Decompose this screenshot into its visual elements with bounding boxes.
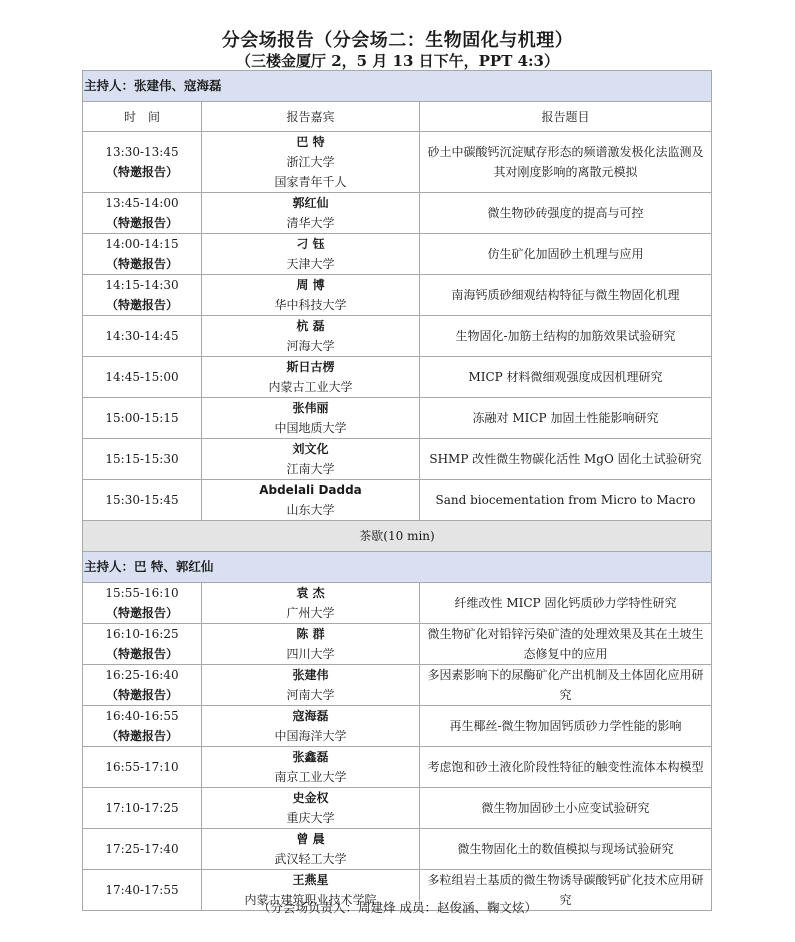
speaker-affiliation: 山东大学 [204, 500, 417, 520]
host-label: 主持人：张建伟、寇海磊 [83, 71, 712, 102]
speaker-name: 杭 磊 [204, 316, 417, 336]
speaker-name: 寇海磊 [204, 706, 417, 726]
table-row: 13:45-14:00（特邀报告）郭红仙清华大学微生物砂砖强度的提高与可控 [83, 193, 712, 234]
talk-title-cell: 再生椰丝-微生物加固钙质砂力学性能的影响 [420, 706, 712, 747]
table-row: 16:40-16:55（特邀报告）寇海磊中国海洋大学再生椰丝-微生物加固钙质砂力… [83, 706, 712, 747]
time-cell: 16:40-16:55（特邀报告） [83, 706, 202, 747]
time-cell: 14:45-15:00 [83, 357, 202, 398]
time-cell: 16:55-17:10 [83, 747, 202, 788]
talk-title-cell: 纤维改性 MICP 固化钙质砂力学特性研究 [420, 583, 712, 624]
speaker-cell: 周 博华中科技大学 [202, 275, 420, 316]
invited-tag: （特邀报告） [85, 162, 199, 182]
time-slot: 15:30-15:45 [85, 490, 199, 510]
speaker-cell: 杭 磊河海大学 [202, 316, 420, 357]
time-cell: 13:45-14:00（特邀报告） [83, 193, 202, 234]
time-cell: 15:15-15:30 [83, 439, 202, 480]
time-cell: 14:30-14:45 [83, 316, 202, 357]
talk-title: MICP 材料微细观强度成因机理研究 [422, 367, 709, 387]
time-slot: 16:25-16:40 [85, 665, 199, 685]
time-cell: 15:00-15:15 [83, 398, 202, 439]
speaker-name: 王燕星 [204, 870, 417, 890]
talk-title: 多因素影响下的尿酶矿化产出机制及土体固化应用研究 [422, 665, 709, 705]
speaker-affiliation: 内蒙古工业大学 [204, 377, 417, 397]
time-slot: 15:55-16:10 [85, 583, 199, 603]
invited-tag: （特邀报告） [85, 603, 199, 623]
speaker-affiliation: 中国地质大学 [204, 418, 417, 438]
talk-title: 考虑饱和砂土液化阶段性特征的触变性流体本构模型 [422, 757, 709, 777]
speaker-name: 史金权 [204, 788, 417, 808]
talk-title-cell: 考虑饱和砂土液化阶段性特征的触变性流体本构模型 [420, 747, 712, 788]
time-slot: 16:40-16:55 [85, 706, 199, 726]
speaker-name: 巴 特 [204, 132, 417, 152]
speaker-name: 张伟丽 [204, 398, 417, 418]
time-slot: 15:00-15:15 [85, 408, 199, 428]
speaker-honor: 国家青年千人 [204, 172, 417, 192]
time-cell: 16:10-16:25（特邀报告） [83, 624, 202, 665]
time-slot: 16:10-16:25 [85, 624, 199, 644]
speaker-cell: 寇海磊中国海洋大学 [202, 706, 420, 747]
break-row: 茶歇(10 min) [83, 521, 712, 552]
speaker-affiliation: 天津大学 [204, 254, 417, 274]
table-row: 14:00-14:15（特邀报告）刁 钰天津大学仿生矿化加固砂土机理与应用 [83, 234, 712, 275]
time-slot: 15:15-15:30 [85, 449, 199, 469]
page-subtitle: （三楼金厦厅 2，5 月 13 日下午，PPT 4:3） [0, 50, 795, 71]
table-row: 15:15-15:30刘文化江南大学SHMP 改性微生物碳化活性 MgO 固化土… [83, 439, 712, 480]
talk-title: 南海钙质砂细观结构特征与微生物固化机理 [422, 285, 709, 305]
speaker-cell: 袁 杰广州大学 [202, 583, 420, 624]
table-row: 16:25-16:40（特邀报告）张建伟河南大学多因素影响下的尿酶矿化产出机制及… [83, 665, 712, 706]
speaker-cell: 张伟丽中国地质大学 [202, 398, 420, 439]
talk-title: SHMP 改性微生物碳化活性 MgO 固化土试验研究 [422, 449, 709, 469]
schedule-table: 主持人：张建伟、寇海磊 时 间 报告嘉宾 报告题目 13:30-13:45（特邀… [82, 70, 712, 911]
talk-title: 仿生矿化加固砂土机理与应用 [422, 244, 709, 264]
speaker-cell: 陈 群四川大学 [202, 624, 420, 665]
table-row: 16:55-17:10张鑫磊南京工业大学考虑饱和砂土液化阶段性特征的触变性流体本… [83, 747, 712, 788]
invited-tag: （特邀报告） [85, 213, 199, 233]
speaker-name: 郭红仙 [204, 193, 417, 213]
talk-title: 微生物固化土的数值模拟与现场试验研究 [422, 839, 709, 859]
table-row: 15:55-16:10（特邀报告）袁 杰广州大学纤维改性 MICP 固化钙质砂力… [83, 583, 712, 624]
invited-tag: （特邀报告） [85, 254, 199, 274]
speaker-cell: 巴 特浙江大学国家青年千人 [202, 132, 420, 193]
speaker-cell: 张鑫磊南京工业大学 [202, 747, 420, 788]
time-slot: 14:15-14:30 [85, 275, 199, 295]
speaker-affiliation: 中国海洋大学 [204, 726, 417, 746]
speaker-cell: 刘文化江南大学 [202, 439, 420, 480]
talk-title-cell: 微生物加固砂土小应变试验研究 [420, 788, 712, 829]
table-row: 14:15-14:30（特邀报告）周 博华中科技大学南海钙质砂细观结构特征与微生… [83, 275, 712, 316]
column-header-time: 时 间 [83, 102, 202, 132]
invited-tag: （特邀报告） [85, 685, 199, 705]
time-cell: 13:30-13:45（特邀报告） [83, 132, 202, 193]
speaker-affiliation: 广州大学 [204, 603, 417, 623]
talk-title: 再生椰丝-微生物加固钙质砂力学性能的影响 [422, 716, 709, 736]
host-row: 主持人：张建伟、寇海磊 [83, 71, 712, 102]
speaker-affiliation: 河海大学 [204, 336, 417, 356]
time-cell: 17:25-17:40 [83, 829, 202, 870]
speaker-cell: 史金权重庆大学 [202, 788, 420, 829]
speaker-affiliation: 浙江大学 [204, 152, 417, 172]
table-row: 15:30-15:45Abdelali Dadda山东大学Sand biocem… [83, 480, 712, 521]
column-header-speaker: 报告嘉宾 [202, 102, 420, 132]
speaker-affiliation: 河南大学 [204, 685, 417, 705]
break-label: 茶歇(10 min) [83, 521, 712, 552]
time-cell: 14:15-14:30（特邀报告） [83, 275, 202, 316]
time-cell: 15:55-16:10（特邀报告） [83, 583, 202, 624]
speaker-name: Abdelali Dadda [204, 480, 417, 500]
column-header-row: 时 间 报告嘉宾 报告题目 [83, 102, 712, 132]
speaker-name: 周 博 [204, 275, 417, 295]
table-row: 16:10-16:25（特邀报告）陈 群四川大学微生物矿化对铅锌污染矿渣的处理效… [83, 624, 712, 665]
time-slot: 14:30-14:45 [85, 326, 199, 346]
speaker-affiliation: 南京工业大学 [204, 767, 417, 787]
time-slot: 17:25-17:40 [85, 839, 199, 859]
time-slot: 17:40-17:55 [85, 880, 199, 900]
host-label: 主持人：巴 特、郭红仙 [83, 552, 712, 583]
speaker-name: 曾 晨 [204, 829, 417, 849]
time-slot: 16:55-17:10 [85, 757, 199, 777]
speaker-name: 张鑫磊 [204, 747, 417, 767]
time-slot: 13:30-13:45 [85, 142, 199, 162]
time-slot: 17:10-17:25 [85, 798, 199, 818]
talk-title-cell: 南海钙质砂细观结构特征与微生物固化机理 [420, 275, 712, 316]
invited-tag: （特邀报告） [85, 726, 199, 746]
talk-title: 微生物矿化对铅锌污染矿渣的处理效果及其在土坡生态修复中的应用 [422, 624, 709, 664]
speaker-cell: 张建伟河南大学 [202, 665, 420, 706]
speaker-name: 袁 杰 [204, 583, 417, 603]
speaker-affiliation: 四川大学 [204, 644, 417, 664]
talk-title: 砂土中碳酸钙沉淀赋存形态的频谱激发极化法监测及其对刚度影响的离散元模拟 [422, 142, 709, 182]
talk-title: 微生物砂砖强度的提高与可控 [422, 203, 709, 223]
table-row: 14:30-14:45杭 磊河海大学生物固化-加筋土结构的加筋效果试验研究 [83, 316, 712, 357]
speaker-name: 刘文化 [204, 439, 417, 459]
talk-title-cell: 微生物矿化对铅锌污染矿渣的处理效果及其在土坡生态修复中的应用 [420, 624, 712, 665]
talk-title: 纤维改性 MICP 固化钙质砂力学特性研究 [422, 593, 709, 613]
talk-title: 生物固化-加筋土结构的加筋效果试验研究 [422, 326, 709, 346]
talk-title-cell: 多因素影响下的尿酶矿化产出机制及土体固化应用研究 [420, 665, 712, 706]
host-row: 主持人：巴 特、郭红仙 [83, 552, 712, 583]
time-cell: 16:25-16:40（特邀报告） [83, 665, 202, 706]
speaker-affiliation: 清华大学 [204, 213, 417, 233]
column-header-title: 报告题目 [420, 102, 712, 132]
talk-title-cell: 微生物砂砖强度的提高与可控 [420, 193, 712, 234]
speaker-affiliation: 江南大学 [204, 459, 417, 479]
talk-title-cell: 砂土中碳酸钙沉淀赋存形态的频谱激发极化法监测及其对刚度影响的离散元模拟 [420, 132, 712, 193]
speaker-cell: 斯日古楞内蒙古工业大学 [202, 357, 420, 398]
speaker-name: 斯日古楞 [204, 357, 417, 377]
speaker-cell: 曾 晨武汉轻工大学 [202, 829, 420, 870]
time-cell: 14:00-14:15（特邀报告） [83, 234, 202, 275]
table-row: 14:45-15:00斯日古楞内蒙古工业大学MICP 材料微细观强度成因机理研究 [83, 357, 712, 398]
speaker-affiliation: 华中科技大学 [204, 295, 417, 315]
table-row: 13:30-13:45（特邀报告）巴 特浙江大学国家青年千人砂土中碳酸钙沉淀赋存… [83, 132, 712, 193]
talk-title-cell: 仿生矿化加固砂土机理与应用 [420, 234, 712, 275]
talk-title-cell: Sand biocementation from Micro to Macro [420, 480, 712, 521]
speaker-name: 刁 钰 [204, 234, 417, 254]
table-row: 15:00-15:15张伟丽中国地质大学冻融对 MICP 加固土性能影响研究 [83, 398, 712, 439]
speaker-cell: Abdelali Dadda山东大学 [202, 480, 420, 521]
talk-title-cell: MICP 材料微细观强度成因机理研究 [420, 357, 712, 398]
time-slot: 14:00-14:15 [85, 234, 199, 254]
talk-title-cell: 微生物固化土的数值模拟与现场试验研究 [420, 829, 712, 870]
table-row: 17:25-17:40曾 晨武汉轻工大学微生物固化土的数值模拟与现场试验研究 [83, 829, 712, 870]
invited-tag: （特邀报告） [85, 295, 199, 315]
talk-title-cell: SHMP 改性微生物碳化活性 MgO 固化土试验研究 [420, 439, 712, 480]
invited-tag: （特邀报告） [85, 644, 199, 664]
speaker-affiliation: 武汉轻工大学 [204, 849, 417, 869]
speaker-name: 陈 群 [204, 624, 417, 644]
time-cell: 15:30-15:45 [83, 480, 202, 521]
time-slot: 13:45-14:00 [85, 193, 199, 213]
speaker-affiliation: 重庆大学 [204, 808, 417, 828]
talk-title: 冻融对 MICP 加固土性能影响研究 [422, 408, 709, 428]
talk-title-cell: 冻融对 MICP 加固土性能影响研究 [420, 398, 712, 439]
time-cell: 17:10-17:25 [83, 788, 202, 829]
talk-title-cell: 生物固化-加筋土结构的加筋效果试验研究 [420, 316, 712, 357]
time-slot: 14:45-15:00 [85, 367, 199, 387]
talk-title: Sand biocementation from Micro to Macro [422, 490, 709, 510]
page-title: 分会场报告（分会场二：生物固化与机理） [0, 26, 795, 52]
speaker-name: 张建伟 [204, 665, 417, 685]
speaker-cell: 郭红仙清华大学 [202, 193, 420, 234]
footer-note: （分会场负责人：周建烽 成员：赵俊涵、鞠文炫） [0, 898, 795, 916]
speaker-cell: 刁 钰天津大学 [202, 234, 420, 275]
table-row: 17:10-17:25史金权重庆大学微生物加固砂土小应变试验研究 [83, 788, 712, 829]
talk-title: 微生物加固砂土小应变试验研究 [422, 798, 709, 818]
